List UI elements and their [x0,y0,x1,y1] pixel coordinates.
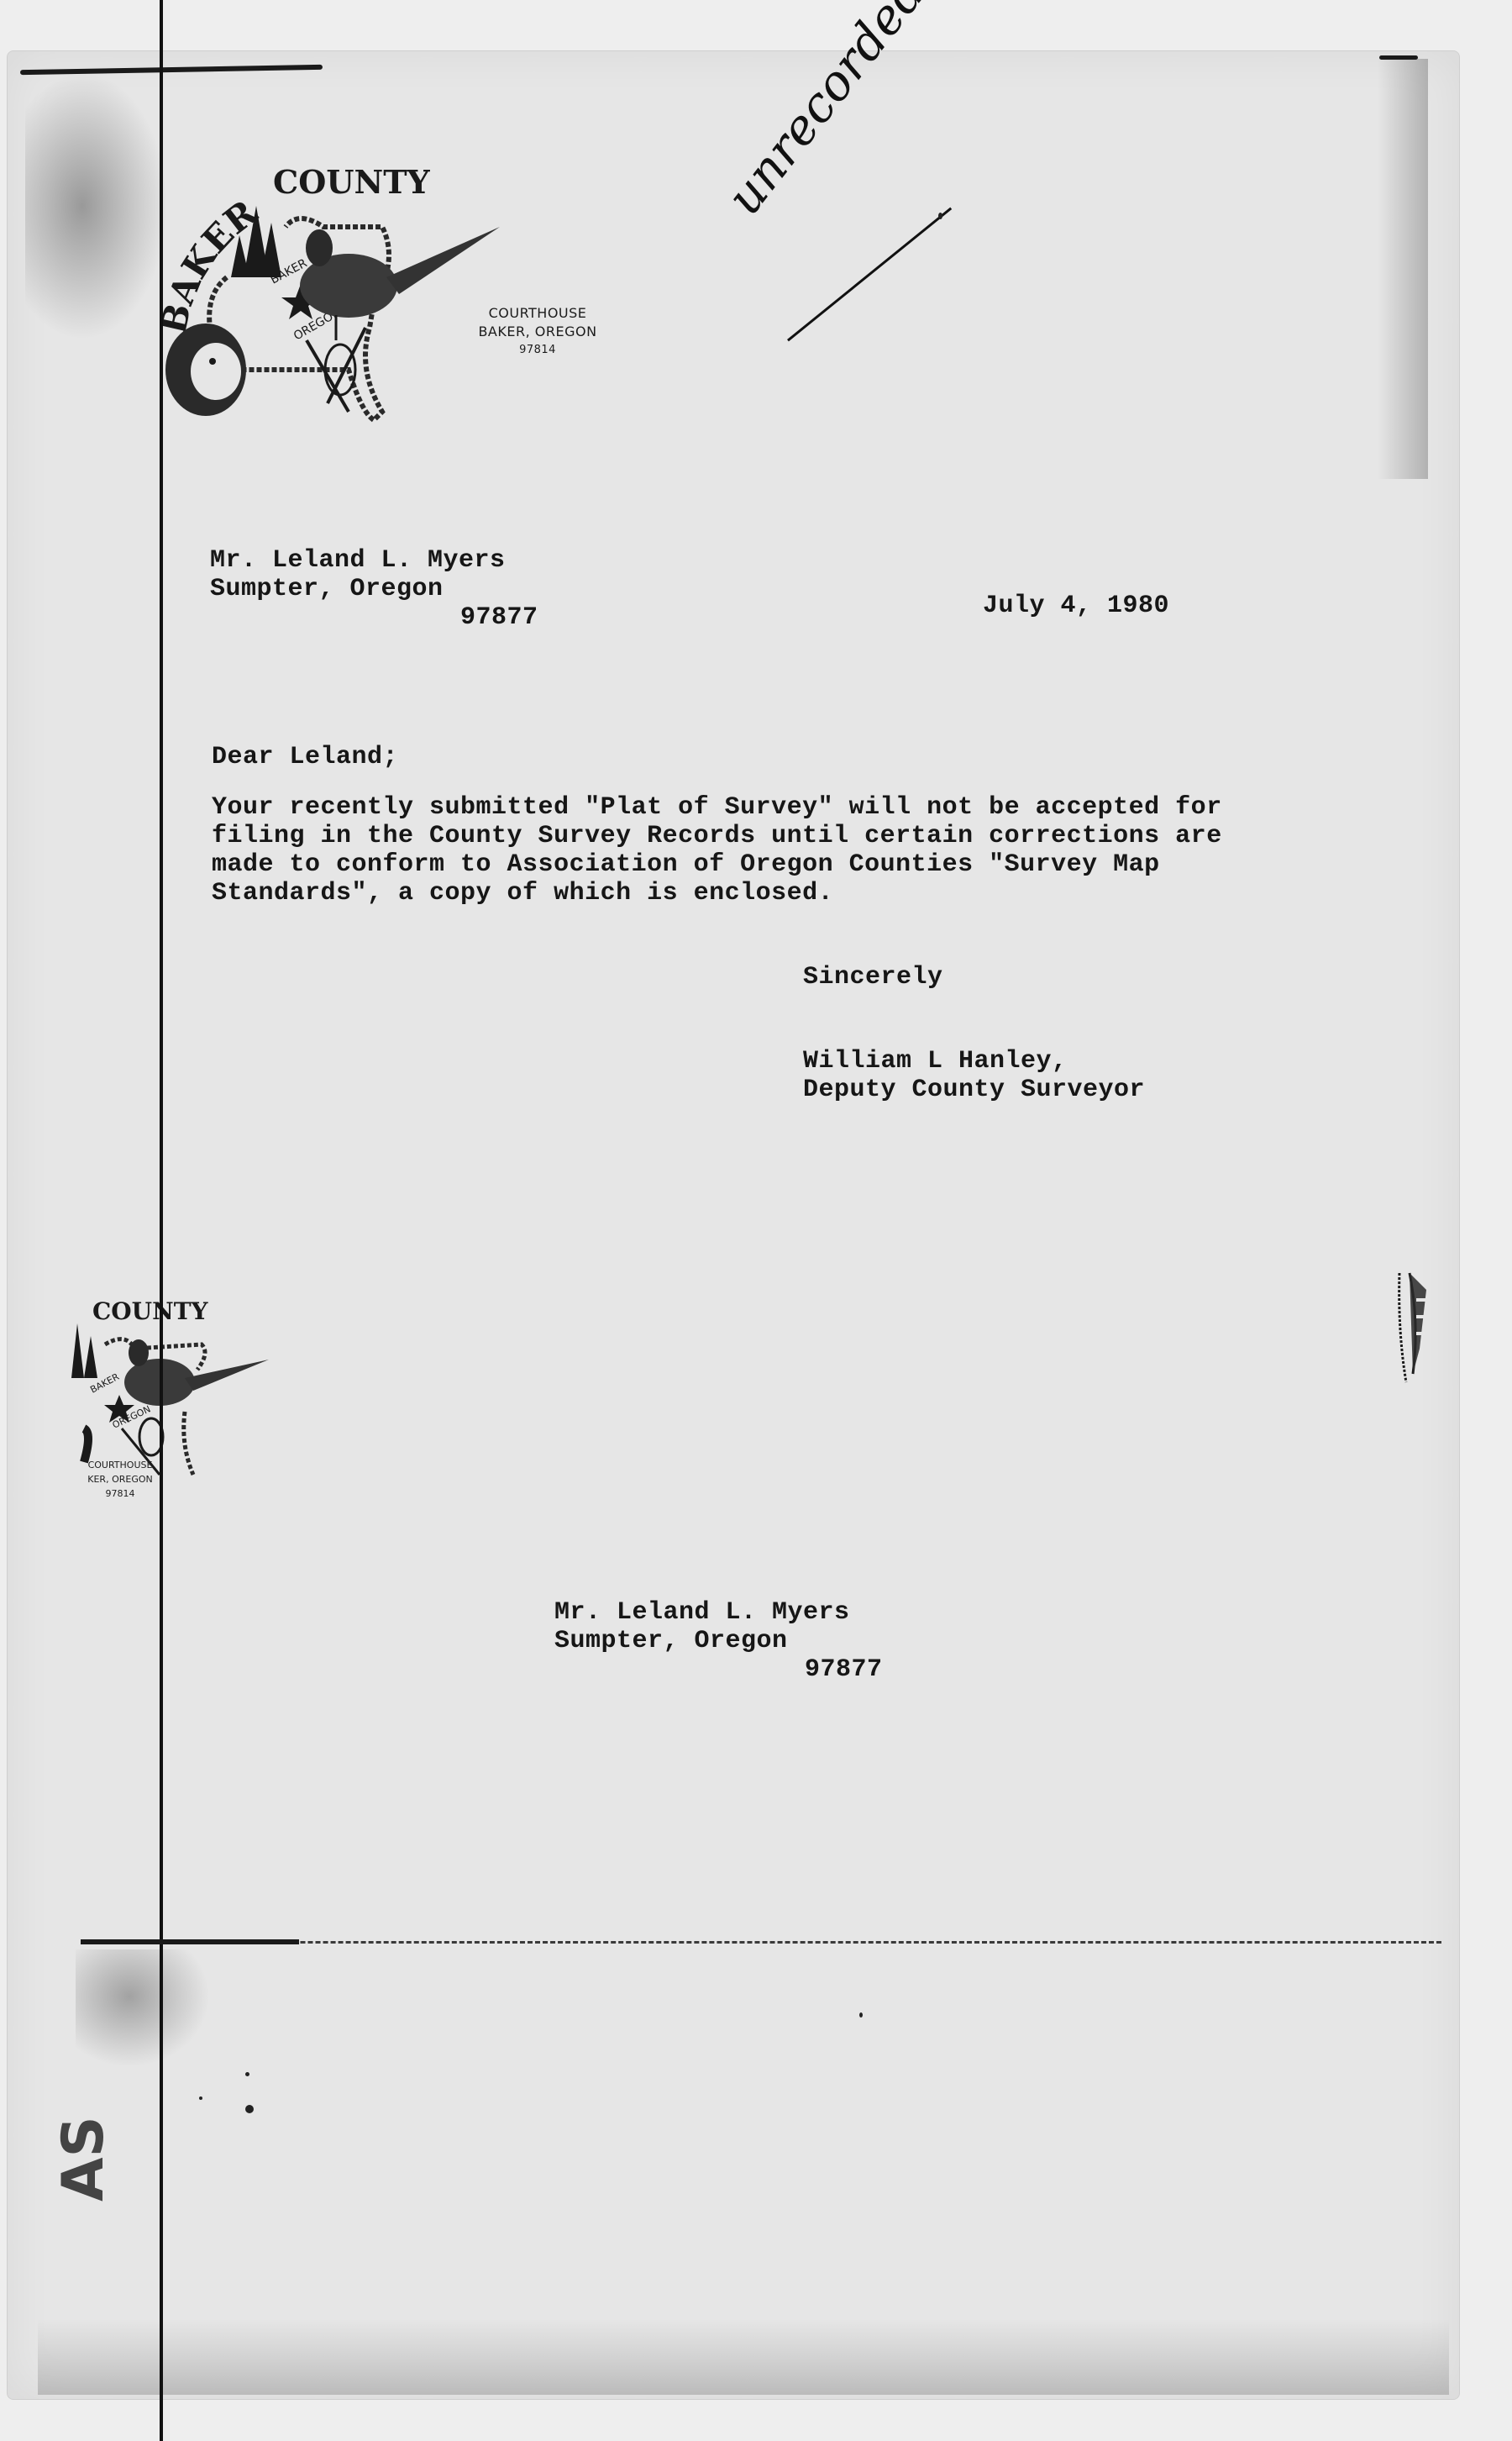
letterhead-address-line1: COURTHOUSE [454,304,622,323]
seal-county-text: COUNTY [273,163,430,201]
recipient-city-state: Sumpter, Oregon [210,575,538,603]
scan-shading [1378,59,1428,479]
seal-county-text: COUNTY [92,1297,209,1325]
scan-shading [76,1949,210,2067]
envelope-recipient-address: Mr. Leland L. MyersSumpter, Oregon97877 [554,1598,883,1684]
envelope-zip: 97814 [74,1486,166,1501]
envelope-address-line2: KER, OREGON [74,1472,166,1486]
envelope-address-line1: COURTHOUSE [74,1458,166,1472]
signer-name: William L Hanley, [803,1047,1145,1076]
county-seal-icon: COUNTY BAKER OREGON [67,1286,286,1479]
letterhead-zip: 97814 [454,341,622,360]
salutation: Dear Leland; [212,743,398,771]
letter-date: July 4, 1980 [983,592,1169,620]
envelope-recipient-zip: 97877 [554,1655,883,1684]
body-line: filing in the County Survey Records unti… [212,822,1222,850]
letter-body: Your recently submitted "Plat of Survey"… [212,793,1222,907]
recipient-address: Mr. Leland L. MyersSumpter, Oregon97877 [210,546,538,632]
closing: Sincerely [803,963,943,992]
body-line: Standards", a copy of which is enclosed. [212,879,1222,907]
body-line: Your recently submitted "Plat of Survey"… [212,793,1222,822]
scan-edge-mark [1379,55,1418,60]
scan-vertical-line [160,0,163,2441]
letterhead-address-line2: BAKER, OREGON [454,323,622,341]
envelope-recipient-city-state: Sumpter, Oregon [554,1627,883,1655]
margin-handwritten-mark: AS [50,2116,117,2202]
county-seal-icon: BAKER COUNTY BAKER OREGON [147,160,542,437]
scan-speck [859,2012,863,2018]
scan-speck [938,213,942,219]
letterhead-address: COURTHOUSE BAKER, OREGON 97814 [454,304,622,360]
envelope-letterhead-address: COURTHOUSE KER, OREGON 97814 [74,1458,166,1501]
signature-block: William L Hanley,Deputy County Surveyor [803,1047,1145,1104]
scan-edge-mark [81,1939,299,1944]
signer-title: Deputy County Surveyor [803,1076,1145,1104]
scan-speck [245,2072,249,2076]
scan-speck [199,2096,202,2100]
envelope-recipient-name: Mr. Leland L. Myers [554,1598,883,1627]
body-line: made to conform to Association of Oregon… [212,850,1222,879]
scan-speck [245,2105,254,2113]
recipient-zip: 97877 [210,603,538,632]
land-of-the-free-feather-icon [1394,1256,1436,1391]
scan-shading [38,2319,1449,2395]
recipient-name: Mr. Leland L. Myers [210,546,538,575]
